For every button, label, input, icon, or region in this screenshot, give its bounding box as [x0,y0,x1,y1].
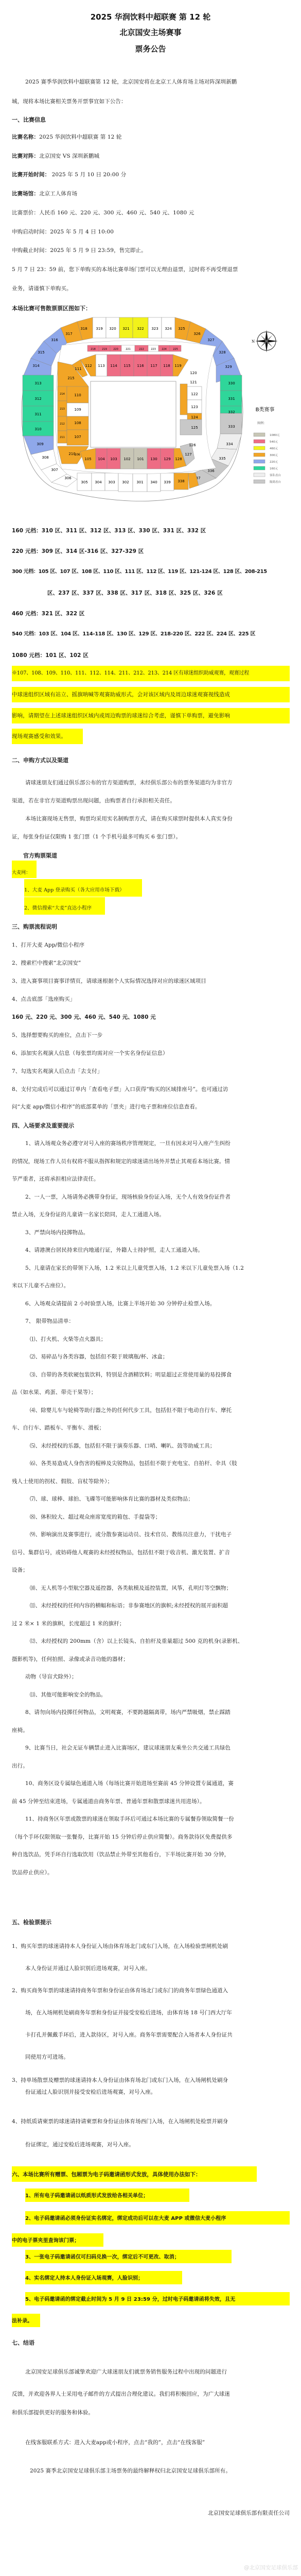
svg-text:324: 324 [165,327,172,331]
channel-item-app[interactable]: 1、大麦 App 登录购买（各大应用市场下载） [24,887,291,894]
svg-text:319: 319 [96,327,102,331]
price-tier-460: 460 元档：321 区、322 区 [12,610,291,617]
tier-zones: 103 区、104 区、114-118 区、130 区、129 区、218-22… [39,631,255,637]
svg-text:110: 110 [74,393,81,397]
channel-name-damai: 大麦网： [12,869,291,877]
svg-text:312: 312 [34,397,41,401]
entry-rule-line: 残人士使用的拐杖、假肢、盲杖等除外）； [12,1478,291,1485]
purchase-step-1: 1、打开大麦 App/微信小程序 [12,941,291,949]
section-2-p2-line-2: 证，每张身份证仅限购 1 张门票（1 个手机号最多可购买 6 张门票）。 [12,833,291,840]
ticket-check-line: 场，在入场闸机处刷商务年票和身份证并接受安检后进场，由体育场 18 号门西大厅年 [25,2009,291,2016]
svg-text:106: 106 [74,453,80,457]
purchase-step-7: 7、勾选实名观演人后点击「去支付」 [12,1068,291,1075]
svg-text:222: 222 [139,348,144,351]
price-tier-540: 540 元档：103 区、104 区、114-118 区、130 区、129 区… [12,631,291,638]
entry-rule-line: 5、儿童请在家长的带领下入场，1.2 米以上儿童凭票入场，1.2 米以下儿童免票… [25,1265,291,1272]
svg-text:123: 123 [191,405,198,409]
entry-rule-line: 出行。 [12,1762,291,1770]
invitation-rule-line: 4、实名绑定人持本人身份证入场观赛，人脸识别； [25,2275,291,2282]
svg-text:101: 101 [137,457,144,461]
entry-rule-line: ⑶、自带的各类软硬包装饮料，特别是含酒精饮料；明显超过正常使用量的易投掷食 [30,1371,291,1378]
final-rights-statement: 2025 赛季北京国安足球俱乐部主场票务的最终解释权归北京国安足球俱乐部所有。 [30,2467,291,2474]
info-row-match-name: 比赛名称：2025 华润饮料中超联赛 第 12 轮 [12,133,291,141]
svg-text:107: 107 [74,435,81,439]
invitation-rule-line: 法补录。 [12,2318,291,2325]
entry-rule-line: ⑷、除婴儿车与轮椅等助行器之外的任何代步工具，包括但不限于电动自行车、摩托 [30,1407,291,1414]
price-tier-1080: 1080 元档：101 区、102 区 [12,652,291,659]
ticket-check-line: 份证绑定，通过安检后进场观赛，对号入座。 [25,2141,291,2148]
entry-rule-line: ⑽、无人机等小型航空器及遥控器，各类航模及遥控装置，风筝，孔明灯等空飘物； [30,1585,291,1592]
refund-line-2: 业务，请谨慎下单购买。 [12,285,291,292]
entry-rule-line: 8、请勿向场内投掷任何物品，文明观赛，不要跨越隔离带，场内严禁吸烟，禁止踩踏 [25,1709,291,1716]
section-2-heading: 二、申购方式以及渠道 [12,756,68,764]
svg-text:214: 214 [60,393,65,396]
svg-text:316: 316 [51,338,58,342]
svg-text:118: 118 [163,364,170,368]
entry-rule-line: 7、 限带物品清单： [25,1318,291,1325]
compass-icon: N [252,330,278,352]
tier-label: 460 元档： [12,611,42,617]
info-row-matchup: 比赛对阵：北京国安 VS 深圳新鹏城 [12,153,291,160]
svg-text:108: 108 [74,421,81,425]
ticket-check-line: 本人身份证并通过人脸识别后进场观赛，对号入座。 [25,1965,291,1972]
info-label: 比赛场馆： [12,191,39,197]
info-row-sale-start: 申购启动时间：2025 年 5 月 4 日 10:00 [12,228,291,235]
svg-text:223: 223 [151,348,156,351]
invitation-rule-line: 5、电子码邀请函的绑定截止时间为 5 月 9 日 23:59 分，过时电子码邀请… [25,2296,291,2303]
svg-text:323: 323 [151,327,158,331]
svg-text:102: 102 [123,457,130,461]
svg-text:127: 127 [185,452,191,457]
svg-text:119: 119 [174,364,181,368]
section-7-heading: 七、结语 [12,2338,34,2347]
entry-rule-line: ⑸、未经授权的乐器，包括但不限于演奏乐器、口哨、喇叭、鼓等助威工具； [30,1442,291,1450]
svg-text:215: 215 [67,376,74,380]
svg-text:220: 220 [113,348,118,351]
section-6-heading: 六、本场比赛所有赠票、包厢票为电子码邀请函形式发放，具体使用办法如下： [12,2170,201,2178]
entry-rule-line: 摄影机等)，任何拍照、录像或录音功能的器材； [12,1656,291,1663]
purchase-price-list: 160 元、220 元、300 元、460 元、540 元、1080 元 [12,1014,291,1021]
section-5-heading: 五、检验票提示 [12,1918,51,1926]
svg-text:104: 104 [98,457,105,461]
svg-text:302: 302 [122,480,129,484]
tier-zones: 101 区、102 区 [45,652,88,659]
channel-item-wechat[interactable]: 2、微信搜索“大麦”直达小程序 [24,905,291,912]
entry-rule-line: 节严重者，还将承担相应法律责任。 [12,1175,291,1183]
svg-text:322: 322 [137,327,144,331]
tier-zones: 309 区、314 区-316 区、327-329 区 [42,548,144,554]
closing-line-3: 和俱乐部提供更好的服务和体验。 [12,2409,291,2416]
svg-text:325: 325 [178,327,185,331]
entry-rule-line: 座椅。 [12,1727,291,1734]
entry-rule-line: 9、比赛当日，社会无证车辆禁止进入比赛场区，建议球迷朋友乘坐公共交通工具绿色 [25,1744,291,1752]
svg-text:105: 105 [84,457,91,461]
svg-text:221: 221 [126,348,131,351]
entry-rule-line: ⑺、球、球棒、球拍、飞碟等可能影响体育比赛的器材及类似物品； [30,1495,291,1503]
svg-text:121: 121 [190,380,197,384]
svg-text:212: 212 [60,423,65,426]
svg-text:307: 307 [51,468,58,472]
purchase-step-4: 4、点击底部「选座购买」 [12,996,291,1003]
svg-text:117: 117 [150,364,157,368]
invitation-rule-line: 2、电子码邀请函必须身份证实名绑定，绑定成功后可以在大麦 APP 或微信大麦小程… [25,2215,291,2223]
ticket-check-line: 份证通过人脸识别并接受安检后进场观赛，对号入座。 [25,2089,291,2096]
entry-rule-line: 的情况，现场工作人员有权将不服从指挥和规定的球迷请出场外并禁止其观看本场比赛。情 [12,1158,291,1165]
purchase-step-8-cont: 问“大麦 app/微信小程序”的底部菜单的「票夹」进行电子票和座位信息查看。 [12,1103,291,1110]
svg-text:331: 331 [228,397,235,401]
entry-rule-line: ⑹、各类易造成人身伤害的棍棒及尖锐物品，包括但不限于充电宝、自拍杆、伞具（肢 [30,1460,291,1467]
svg-text:225: 225 [173,348,178,351]
svg-text:220元: 220元 [270,460,278,464]
info-row-kickoff: 比赛开始时间： 2025 年 5 月 10 日 20:00 分 [12,171,291,178]
ticket-check-line: 3、持单场散票及赠票的球迷请持本人身份证由体育场北门或东门入场，在入场闸机处刷身 [12,2077,291,2084]
svg-text:329: 329 [225,365,232,369]
svg-text:335: 335 [219,457,225,461]
svg-text:336: 336 [207,469,215,473]
svg-text:540元: 540元 [270,440,278,444]
invitation-rule-line: 3、一张电子码邀请函仅可扫码兑换一次，绑定后不可更改、取消； [25,2254,291,2261]
svg-text:120: 120 [190,371,197,375]
svg-text:111: 111 [75,367,81,371]
entry-rule-line: 禁止入场，无身份证的儿童请一名家长陪同，走人工通道入场。 [12,1211,291,1218]
intro-line-2: 城，现将本场比赛相关票务开票事宜如下公告： [12,98,291,105]
section-3-heading: 三、购票流程说明 [12,922,57,931]
ticket-check-line: 4、持纸质请柬票的球迷请持请柬票和身份证由体育场西门入场，在入场闸机处检票并刷身 [12,2118,291,2125]
svg-text:109: 109 [74,408,81,412]
svg-text:211: 211 [60,436,65,439]
price-tier-300-cont: 区、237 区、337 区、338 区、317 区、318 区、325 区、32… [47,590,291,597]
svg-text:315: 315 [38,350,44,355]
entry-rule-line: 4、请港澳台居民持来往内地通行证，外籍人士持护照，走人工通道入场。 [25,1247,291,1254]
entry-rule-line: ⑿、未经授权的 200mm（含）以上长镜头、自拍杆及重量超过 500 克的机身(… [30,1638,291,1645]
svg-text:B类赛事: B类赛事 [256,406,275,413]
svg-text:338: 338 [178,479,184,483]
info-label: 申购启动时间： [12,229,50,235]
svg-text:334: 334 [226,442,233,446]
purchase-step-6: 6、添加实名观演人信息（每张票均需对应一个实名身份证信息） [12,1050,291,1057]
purchase-step-5: 5、选择想要购买的座位，点击下一步 [12,1032,291,1039]
svg-text:126: 126 [189,443,196,447]
entry-rule-line: 过 2 米× 1 米的旗帜，长度超过 1 米的旗杆； [12,1620,291,1627]
fan-notice-line-2: 中球迷组织区域有站立、摇旗呐喊等观赛助威形式，会对该区域内及周边球迷观赛视线造成 [12,691,291,698]
ticket-announcement-document: 2025 华润饮料中超联赛 第 12 轮 北京国安主场赛事 票务公告 2025 … [0,0,301,2576]
info-value: 2025 华润饮料中超联赛 第 12 轮 [39,134,121,140]
info-label: 比赛开始时间： [12,172,50,178]
title-line-2: 北京国安主场赛事 [0,27,301,38]
svg-text:333: 333 [228,425,235,429]
entry-rule-line: ⑵、易碎品与各类容器，包括但不限于玻璃瓶/杯、冰盒； [30,1353,291,1360]
svg-text:327: 327 [207,338,214,342]
svg-text:330: 330 [228,381,235,385]
intro-line-1: 2025 赛季华润饮料中超联赛第 12 轮，北京国安将在北京工人体育场主场对阵深… [25,78,291,86]
title-line-3: 票务公告 [0,43,301,54]
fan-notice-line-4: 现场观赛感受和效果。 [12,733,291,740]
info-label: 比赛名称： [12,134,39,140]
svg-text:314: 314 [32,364,40,368]
refund-line-1: 5 月 7 日 23：59 前，您下单购买的本场比赛单场门票可以无理由退票，过时… [12,266,291,273]
entry-rule-line: 1、请入场观众务必遵守对号入座的赛场秩序管理规定，一旦有因未对号入座产生纠纷 [25,1140,291,1147]
entry-rule-line: ⑾、未经授权的任何内容的横幅和标语；非参赛地区的旗帜;未经授权的展开面积超 [30,1602,291,1609]
svg-text:图例：: 图例： [257,421,267,425]
closing-line-2: 反馈，并欢迎各界人士采用电子邮件的方式提出合理化建议。我们将积极回应，为广大球迷 [12,2390,291,2398]
svg-text:224: 224 [162,348,167,351]
entry-rule-line: 前 45 分钟至结束进场，专属通道由商务年票、普通年票和散票球迷共用进场）。 [12,1798,291,1805]
price-tier-160: 160 元档：310 区、311 区、312 区、313 区、330 区、331… [12,527,291,534]
svg-text:332: 332 [228,410,235,414]
stadium-seat-map: 319320321322323324 318317325326 31631531… [0,309,301,515]
ticket-check-line: 同使用方可进场。 [25,2053,291,2061]
svg-text:218: 218 [91,348,96,351]
purchase-step-3: 3、进入赛事项目赛事详情页，请球迷根据个人实际情况选择对应的球迷区域项目 [12,978,291,985]
invitation-rule-line: 中的电子票夹里查询该门票； [12,2237,291,2245]
entry-rule-line: 种自选饮品，凭手环自行选取饮用（饮品禁止外带至其他看台，下半场比赛开始 30 分… [12,1851,291,1858]
ticket-check-line: 卡打孔并佩戴手环后，进入款待区，对号入座。商务年票需要配合入场者本人身份证共 [25,2031,291,2039]
svg-text:112: 112 [85,364,92,368]
svg-text:103: 103 [110,457,117,461]
entry-rule-line: （每个手环仅限领取一张餐券，比赛开始 15 分钟后停止供应简餐）。商务款待区免费… [12,1833,291,1841]
svg-text:129: 129 [164,457,170,461]
info-value: 北京国安 VS 深圳新鹏城 [39,153,99,159]
fan-notice-line-3: 影响，请期望在上述球迷组织区域内或周边购票的球迷综合考虑，谨慎下单购票，避免影响 [12,712,291,719]
svg-text:128: 128 [175,457,182,461]
info-value: 2025 年 5 月 4 日 10:00 [50,229,114,235]
customer-service-contact: 在线客服联系方式：进入大麦app或小程序，点击“我的”，点击“在线客服” [25,2439,291,2446]
svg-text:321: 321 [122,327,129,331]
entry-rule-line: ⑴、打火机、火柴等点火器具； [30,1336,291,1343]
tier-zones: 310 区、311 区、312 区、313 区、330 区、331 区、332 … [42,528,206,534]
svg-text:310: 310 [34,427,41,431]
purchase-step-8: 8、支付完成后可以通过订单内「查看电子票」入口获得“购买的区域排座号”。也可通过… [12,1086,291,1093]
svg-text:309: 309 [37,442,43,446]
entry-rule-line: ⑼、影响演出及赛事进行，或分散参赛运动员、技术官员、教练员注意力，干扰电子 [30,1531,291,1538]
entry-rule-line: 品（如水果、鸡蛋、带壳干果等）； [12,1389,291,1396]
svg-text:318: 318 [80,327,87,331]
svg-text:300元: 300元 [270,453,278,457]
tier-label: 540 元档： [12,631,39,637]
entry-rule-line: 设备； [12,1567,291,1574]
signature-company: 北京国安足球俱乐部有限责任公司 [208,2510,290,2517]
svg-text:340: 340 [150,480,157,484]
entry-rule-line: 车、自行车、踏板车、平衡车、滑板； [12,1424,291,1432]
entry-rule-line: 10、商务区设专属绿色通道入场（每场比赛开始进场至赛前 45 分钟设置专属通道，… [25,1780,291,1787]
svg-text:125: 125 [191,426,198,430]
svg-text:339: 339 [164,480,170,484]
section-1-heading: 一、比赛信息 [12,115,46,124]
section-2-p1-line-1: 请球迷朋友们通过俱乐部公布的官方渠道购票，未经俱乐部公布的票务渠道均为非官方 [25,779,291,786]
svg-text:160元: 160元 [270,467,278,470]
svg-text:317: 317 [65,332,72,336]
svg-text:303: 303 [108,480,115,484]
info-row-venue: 比赛场馆：北京工人体育场 [12,190,291,197]
official-channel-heading: 官方购票渠道 [23,851,57,860]
info-label: 比赛对阵： [12,153,39,159]
price-tier-220: 220 元档：309 区、314 区-316 区、327-329 区 [12,548,291,555]
svg-text:320: 320 [109,327,116,331]
ticket-check-line: 1、购买年票的球迷请持本人身份证入场由体育场北门或东门入场，在入场检验票闸机处刷 [12,1943,291,1950]
purchase-step-2: 2、搜索栏中搜索“北京国安” [12,959,291,967]
entry-rule-line: 6、入场观众请提前 2 小时验票入场，比赛上半场开始 30 分钟停止检票入场。 [25,1300,291,1307]
svg-text:客队看台: 客队看台 [270,473,281,477]
info-value: 2025 年 5 月 9 日 23:59，售完即止。 [50,247,146,254]
invitation-rule-line: 1、所有电子码邀请函以纸质形式发放给各相关单位； [25,2193,291,2200]
svg-text:313: 313 [34,381,41,385]
info-label: 比赛票价： [12,210,39,216]
svg-text:213: 213 [60,408,65,411]
svg-text:328: 328 [219,350,225,355]
section-2-p2-line-1: 本场比赛现场无售票，购票均采用实名制购票方式，请在购买球票时提供本人真实身份 [25,815,291,822]
entry-rule-line: ⒀、其他可能影响安全的物品。 [30,1691,291,1698]
info-label: 申购截止时间： [12,247,50,254]
tier-label: 300 元档： [12,569,39,575]
svg-text:115: 115 [123,364,130,368]
svg-text:隔离看台: 隔离看台 [270,480,281,484]
closing-line-1: 北京国安足球俱乐部诚挚欢迎广大球迷朋友们就票务销售服务过程中出现的问题进行 [25,2368,291,2376]
price-tier-300: 300 元档：105 区、107 区、108 区、110 区、111 区、112… [12,568,291,576]
svg-text:305: 305 [81,480,87,484]
weibo-watermark: @北京国安足球俱乐部 [244,2564,298,2571]
svg-text:122: 122 [191,392,198,396]
title-line-1: 2025 华润饮料中超联赛 第 12 轮 [0,11,301,22]
info-value: 北京工人体育场 [39,191,77,197]
svg-text:113: 113 [98,364,104,368]
svg-text:114: 114 [110,364,117,368]
info-row-prices: 比赛票价：人民币 160 元、220 元、300 元、460 元、540 元、1… [12,209,291,216]
tier-label: 220 元档： [12,548,42,554]
svg-text:116: 116 [137,364,144,368]
info-row-sale-end: 申购截止时间：2025 年 5 月 9 日 23:59，售完即止。 [12,247,291,254]
entry-rule-line: 3、严禁向场内投掷物品。 [25,1229,291,1236]
tier-zones: 321 区、322 区 [42,611,85,617]
svg-text:130: 130 [150,457,157,461]
entry-rule-line: 2、一人一票，入场请务必携带身份证，现场核验身份证入场，无个人有效身份证件者 [25,1193,291,1201]
entry-rule-line: 11、持商务区年票或散票的球迷在领取手环后可通过本场比赛的专属餐券领取简餐一份 [25,1815,291,1823]
svg-text:304: 304 [95,480,102,484]
tier-zones: 105 区、107 区、108 区、110 区、111 区、112 区、119 … [39,569,267,575]
svg-text:306: 306 [64,476,72,480]
tier-label: 160 元档： [12,528,42,534]
svg-text:N: N [252,340,255,344]
svg-text:460元: 460元 [270,447,278,450]
ticket-check-line: 2、购买商务年票的球迷请持商务年票和身份证由体育场北门或东门的商务年票绿色通道入 [12,1987,291,1994]
svg-text:311: 311 [34,412,41,416]
svg-text:301: 301 [136,480,143,484]
info-value: 人民币 160 元、220 元、300 元、460 元、540 元、1080 元 [39,210,194,216]
entry-rule-line: 饮品停止供应）。 [12,1869,291,1876]
svg-text:1080元: 1080元 [270,433,280,437]
entry-rule-line: 米以下儿童不占座位）。 [12,1282,291,1289]
svg-text:308: 308 [42,456,48,460]
svg-text:326: 326 [193,332,201,336]
info-value: 2025 年 5 月 10 日 20:00 分 [50,172,126,178]
entry-rule-line: 动物（导盲犬除外）； [25,1673,291,1680]
entry-rule-line: 信号、集群信号，或妨碍他人观赛的未经授权物品，包括但不限于收音机、激光装置、扩音 [12,1549,291,1556]
svg-text:219: 219 [102,348,107,351]
tier-label: 1080 元档： [12,652,45,659]
svg-text:124: 124 [191,415,198,419]
section-2-p1-line-2: 渠道，若在非官方渠道购票出现问题，由购票者自行承担相关责任。 [12,797,291,804]
fan-notice-line-1: ※107、108、109、110、111、112、114、211、212、213… [12,670,291,677]
entry-rule-line: ⑻、体积较大、超过观众座席宽度的箱包、手提袋等； [30,1513,291,1521]
section-4-heading: 四、入场要求及重要提示 [12,1121,74,1130]
